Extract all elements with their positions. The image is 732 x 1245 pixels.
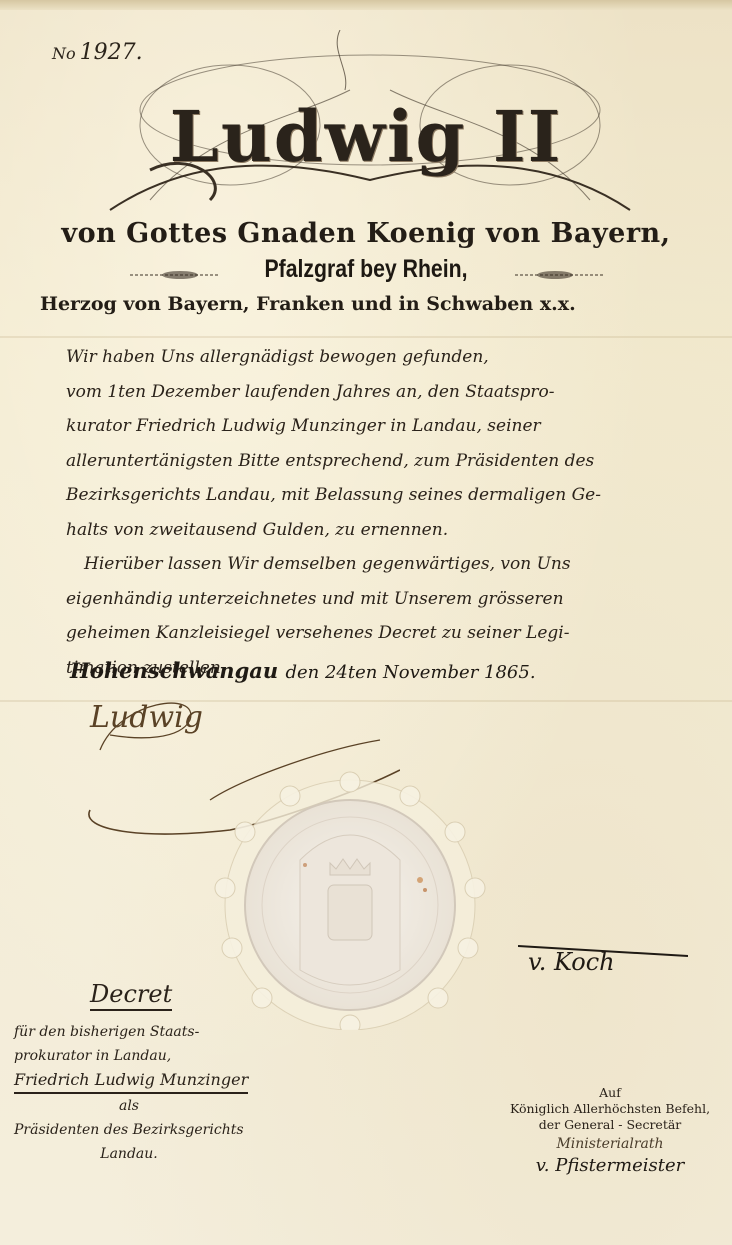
- command-line: der General - Secretär: [500, 1117, 720, 1133]
- body-line: alleruntertänigsten Bitte entsprechend, …: [66, 444, 686, 479]
- place-and-date: Hohenschwangau den 24ten November 1865.: [70, 658, 536, 683]
- command-line: Königlich Allerhöchsten Befehl,: [500, 1101, 720, 1117]
- title-line-3: Herzog von Bayern, Franken und in Schwab…: [40, 293, 576, 315]
- number-label: No: [52, 44, 76, 63]
- body-line: halts von zweitausend Gulden, zu ernenne…: [66, 513, 686, 548]
- floral-ornament-right: [515, 270, 605, 280]
- secretary-signature: v. Pfistermeister: [500, 1158, 720, 1174]
- place: Hohenschwangau: [70, 658, 278, 683]
- date: den 24ten November 1865.: [285, 662, 535, 683]
- body-line: kurator Friedrich Ludwig Munzinger in La…: [66, 409, 686, 444]
- decree-line: für den bisherigen Staats-: [14, 1020, 284, 1044]
- body-line: eigenhändig unterzeichnetes und mit Unse…: [66, 582, 686, 617]
- decree-line: Landau.: [14, 1142, 284, 1166]
- handwritten-title: Ministerialrath: [500, 1136, 720, 1152]
- document-page: No1927. Ludwig II von Gottes Gnaden Koen…: [0, 0, 732, 1245]
- command-block: Auf Königlich Allerhöchsten Befehl, der …: [500, 1085, 720, 1174]
- decree-line: als: [14, 1094, 284, 1118]
- body-line: Hierüber lassen Wir demselben gegenwärti…: [66, 547, 686, 582]
- body-line: Bezirksgerichts Landau, mit Belassung se…: [66, 478, 686, 513]
- decree-recipient-block: für den bisherigen Staats- prokurator in…: [14, 1020, 284, 1166]
- body-line: geheimen Kanzleisiegel versehenes Decret…: [66, 616, 686, 651]
- decree-line: Präsidenten des Bezirksgerichts: [14, 1118, 284, 1142]
- royal-signature: Ludwig: [90, 700, 203, 735]
- embossed-seal: [210, 770, 490, 1030]
- decree-body: Wir haben Uns allergnädigst bewogen gefu…: [66, 340, 686, 685]
- title-line-1: von Gottes Gnaden Koenig von Bayern,: [0, 218, 732, 249]
- body-line: vom 1ten Dezember laufenden Jahres an, d…: [66, 375, 686, 410]
- body-line: Wir haben Uns allergnädigst bewogen gefu…: [66, 340, 686, 375]
- recipient-name: Friedrich Ludwig Munzinger: [14, 1068, 248, 1094]
- document-title: Ludwig II: [0, 95, 732, 178]
- paper-fold: [0, 336, 732, 338]
- decree-title: Decret: [90, 980, 172, 1011]
- command-line: Auf: [500, 1085, 720, 1101]
- decree-line: prokurator in Landau,: [14, 1044, 284, 1068]
- countersignature: v. Koch: [528, 948, 615, 976]
